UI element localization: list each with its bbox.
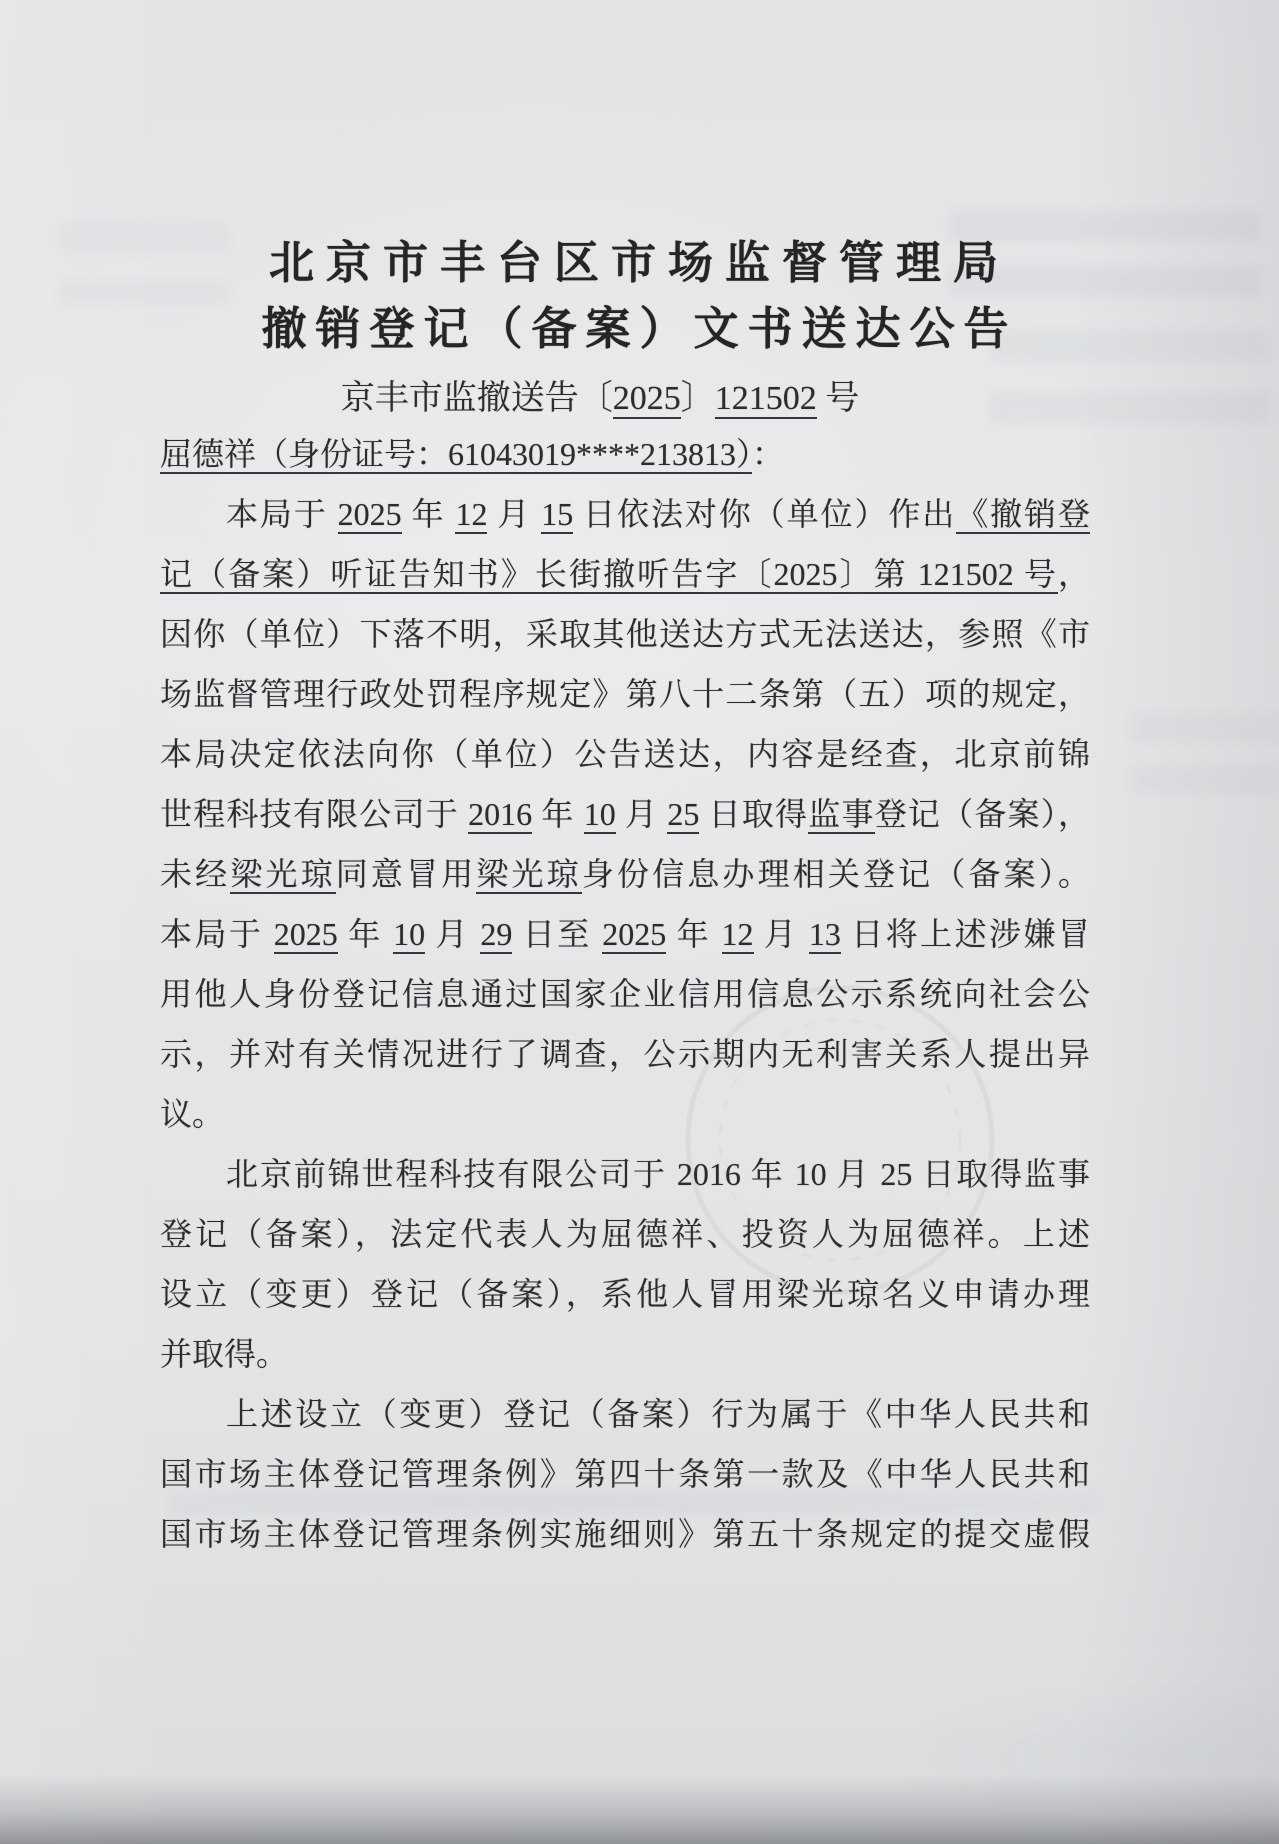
text-segment: 本局决定依法向你（单位）公告送达，内容是经查，北京前锦 xyxy=(160,736,1090,772)
underlined-text: 12 xyxy=(722,916,754,954)
text-segment: ， xyxy=(1058,556,1090,592)
text-segment: 日至 xyxy=(512,916,602,952)
underlined-text: 记（备案）听证告知书》长街撤听告字〔2025〕第 121502 号 xyxy=(160,556,1058,594)
underlined-text: 29 xyxy=(480,916,512,954)
body-line: 用他人身份登记信息通过国家企业信用信息公示系统向社会公 xyxy=(160,964,1090,1024)
text-segment: 议。 xyxy=(160,1096,224,1132)
body-line: 议。 xyxy=(160,1084,1090,1144)
body-line: 示，并对有关情况进行了调查，公示期内无利害关系人提出异 xyxy=(160,1024,1090,1084)
underlined-text: 13 xyxy=(809,916,841,954)
body-line: 登记（备案），法定代表人为屈德祥、投资人为屈德祥。上述 xyxy=(160,1204,1090,1264)
text-segment: 〕 xyxy=(681,380,715,417)
text-segment: 日将上述涉嫌冒 xyxy=(841,916,1090,952)
text-segment: 日依法对你（单位）作出 xyxy=(573,496,956,532)
text-segment: 年 xyxy=(666,916,721,952)
body-line: 世程科技有限公司于 2016 年 10 月 25 日取得监事登记（备案）， xyxy=(160,784,1090,844)
body-line: 并取得。 xyxy=(160,1324,1090,1384)
body-line: 场监督管理行政处罚程序规定》第八十二条第（五）项的规定， xyxy=(160,664,1090,724)
underlined-text: 梁光琼 xyxy=(230,856,335,894)
text-segment: 登记（备案）， xyxy=(875,796,1090,832)
underlined-text: 2025 xyxy=(338,496,402,534)
page-bottom-shadow xyxy=(0,1774,1279,1844)
text-segment: 年 xyxy=(532,796,584,832)
document-content: 屈德祥（身份证号：61043019****213813）： 本局于 2025 年… xyxy=(160,424,1090,1564)
underlined-text: 梁光琼 xyxy=(476,856,581,894)
text-segment: 世程科技有限公司于 xyxy=(160,796,468,832)
document-title-line2: 撤销登记（备案）文书送达公告 xyxy=(0,292,1279,357)
addressee-line: 屈德祥（身份证号：61043019****213813）： xyxy=(160,424,1090,484)
text-segment: 国市场主体登记管理条例实施细则》第五十条规定的提交虚假 xyxy=(160,1516,1090,1552)
text-segment: 号 xyxy=(817,380,860,417)
text-segment: 设立（变更）登记（备案），系他人冒用梁光琼名义申请办理 xyxy=(160,1276,1090,1312)
text-segment: 未经 xyxy=(160,856,230,892)
body-line: 本局于 2025 年 10 月 29 日至 2025 年 12 月 13 日将上… xyxy=(160,904,1090,964)
text-segment: 同意冒用 xyxy=(336,856,477,892)
text-segment: 京丰市监撤送告〔 xyxy=(341,380,613,417)
text-segment: 身份信息办理相关登记（备案）。 xyxy=(582,856,1090,892)
underlined-text: 2016 xyxy=(468,796,532,834)
document-number: 京丰市监撤送告〔2025〕121502 号 xyxy=(0,370,1200,419)
body-line: 设立（变更）登记（备案），系他人冒用梁光琼名义申请办理 xyxy=(160,1264,1090,1324)
underlined-text: 2025 xyxy=(602,916,666,954)
text-segment: 用他人身份登记信息通过国家企业信用信息公示系统向社会公 xyxy=(160,976,1090,1012)
text-segment: 本局于 xyxy=(160,916,274,952)
body-line: 本局于 2025 年 12 月 15 日依法对你（单位）作出《撤销登 xyxy=(160,484,1090,544)
text-segment: 月 xyxy=(425,916,480,952)
underlined-text: 屈德祥（身份证号：61043019****213813） xyxy=(160,436,752,474)
document-photo: 北京市丰台区市场监督管理局 撤销登记（备案）文书送达公告 京丰市监撤送告〔202… xyxy=(0,0,1279,1844)
underlined-text: 10 xyxy=(393,916,425,954)
body-line: 未经梁光琼同意冒用梁光琼身份信息办理相关登记（备案）。 xyxy=(160,844,1090,904)
underlined-text: 25 xyxy=(667,796,699,834)
text-segment: 日取得 xyxy=(699,796,808,832)
text-segment: 示，并对有关情况进行了调查，公示期内无利害关系人提出异 xyxy=(160,1036,1090,1072)
text-segment: ： xyxy=(752,436,784,472)
text-segment: 北京前锦世程科技有限公司于 2016 年 10 月 25 日取得监事 xyxy=(226,1156,1090,1192)
text-segment: 年 xyxy=(402,496,456,532)
text-segment: 月 xyxy=(487,496,541,532)
text-segment: 本局于 xyxy=(226,496,338,532)
text-segment: 国市场主体登记管理条例》第四十条第一款及《中华人民共和 xyxy=(160,1456,1090,1492)
underlined-text: 10 xyxy=(584,796,616,834)
underlined-text: 121502 xyxy=(715,380,817,419)
text-segment: 因你（单位）下落不明，采取其他送达方式无法送达，参照《市 xyxy=(160,616,1090,652)
body-line: 国市场主体登记管理条例实施细则》第五十条规定的提交虚假 xyxy=(160,1504,1090,1564)
body-line: 北京前锦世程科技有限公司于 2016 年 10 月 25 日取得监事 xyxy=(160,1144,1090,1204)
text-segment: 月 xyxy=(616,796,668,832)
body-line: 本局决定依法向你（单位）公告送达，内容是经查，北京前锦 xyxy=(160,724,1090,784)
document-body: 本局于 2025 年 12 月 15 日依法对你（单位）作出《撤销登记（备案）听… xyxy=(160,484,1090,1564)
underlined-text: 12 xyxy=(455,496,487,534)
underlined-text: 2025 xyxy=(274,916,338,954)
text-segment: 场监督管理行政处罚程序规定》第八十二条第（五）项的规定， xyxy=(160,676,1090,712)
text-segment: 登记（备案），法定代表人为屈德祥、投资人为屈德祥。上述 xyxy=(160,1216,1090,1252)
bleed-through-artifact xyxy=(880,1680,1279,1810)
body-line: 上述设立（变更）登记（备案）行为属于《中华人民共和 xyxy=(160,1384,1090,1444)
underlined-text: 15 xyxy=(541,496,573,534)
bleed-through-artifact xyxy=(1130,690,1279,800)
underlined-text: 监事 xyxy=(808,796,874,834)
underlined-text: 2025 xyxy=(613,380,681,419)
body-line: 国市场主体登记管理条例》第四十条第一款及《中华人民共和 xyxy=(160,1444,1090,1504)
body-line: 记（备案）听证告知书》长街撤听告字〔2025〕第 121502 号， xyxy=(160,544,1090,604)
text-segment: 年 xyxy=(338,916,393,952)
body-line: 因你（单位）下落不明，采取其他送达方式无法送达，参照《市 xyxy=(160,604,1090,664)
text-segment: 并取得。 xyxy=(160,1336,288,1372)
text-segment: 上述设立（变更）登记（备案）行为属于《中华人民共和 xyxy=(226,1396,1090,1432)
document-title-line1: 北京市丰台区市场监督管理局 xyxy=(0,226,1279,291)
underlined-text: 《撤销登 xyxy=(956,496,1090,534)
text-segment: 月 xyxy=(754,916,809,952)
